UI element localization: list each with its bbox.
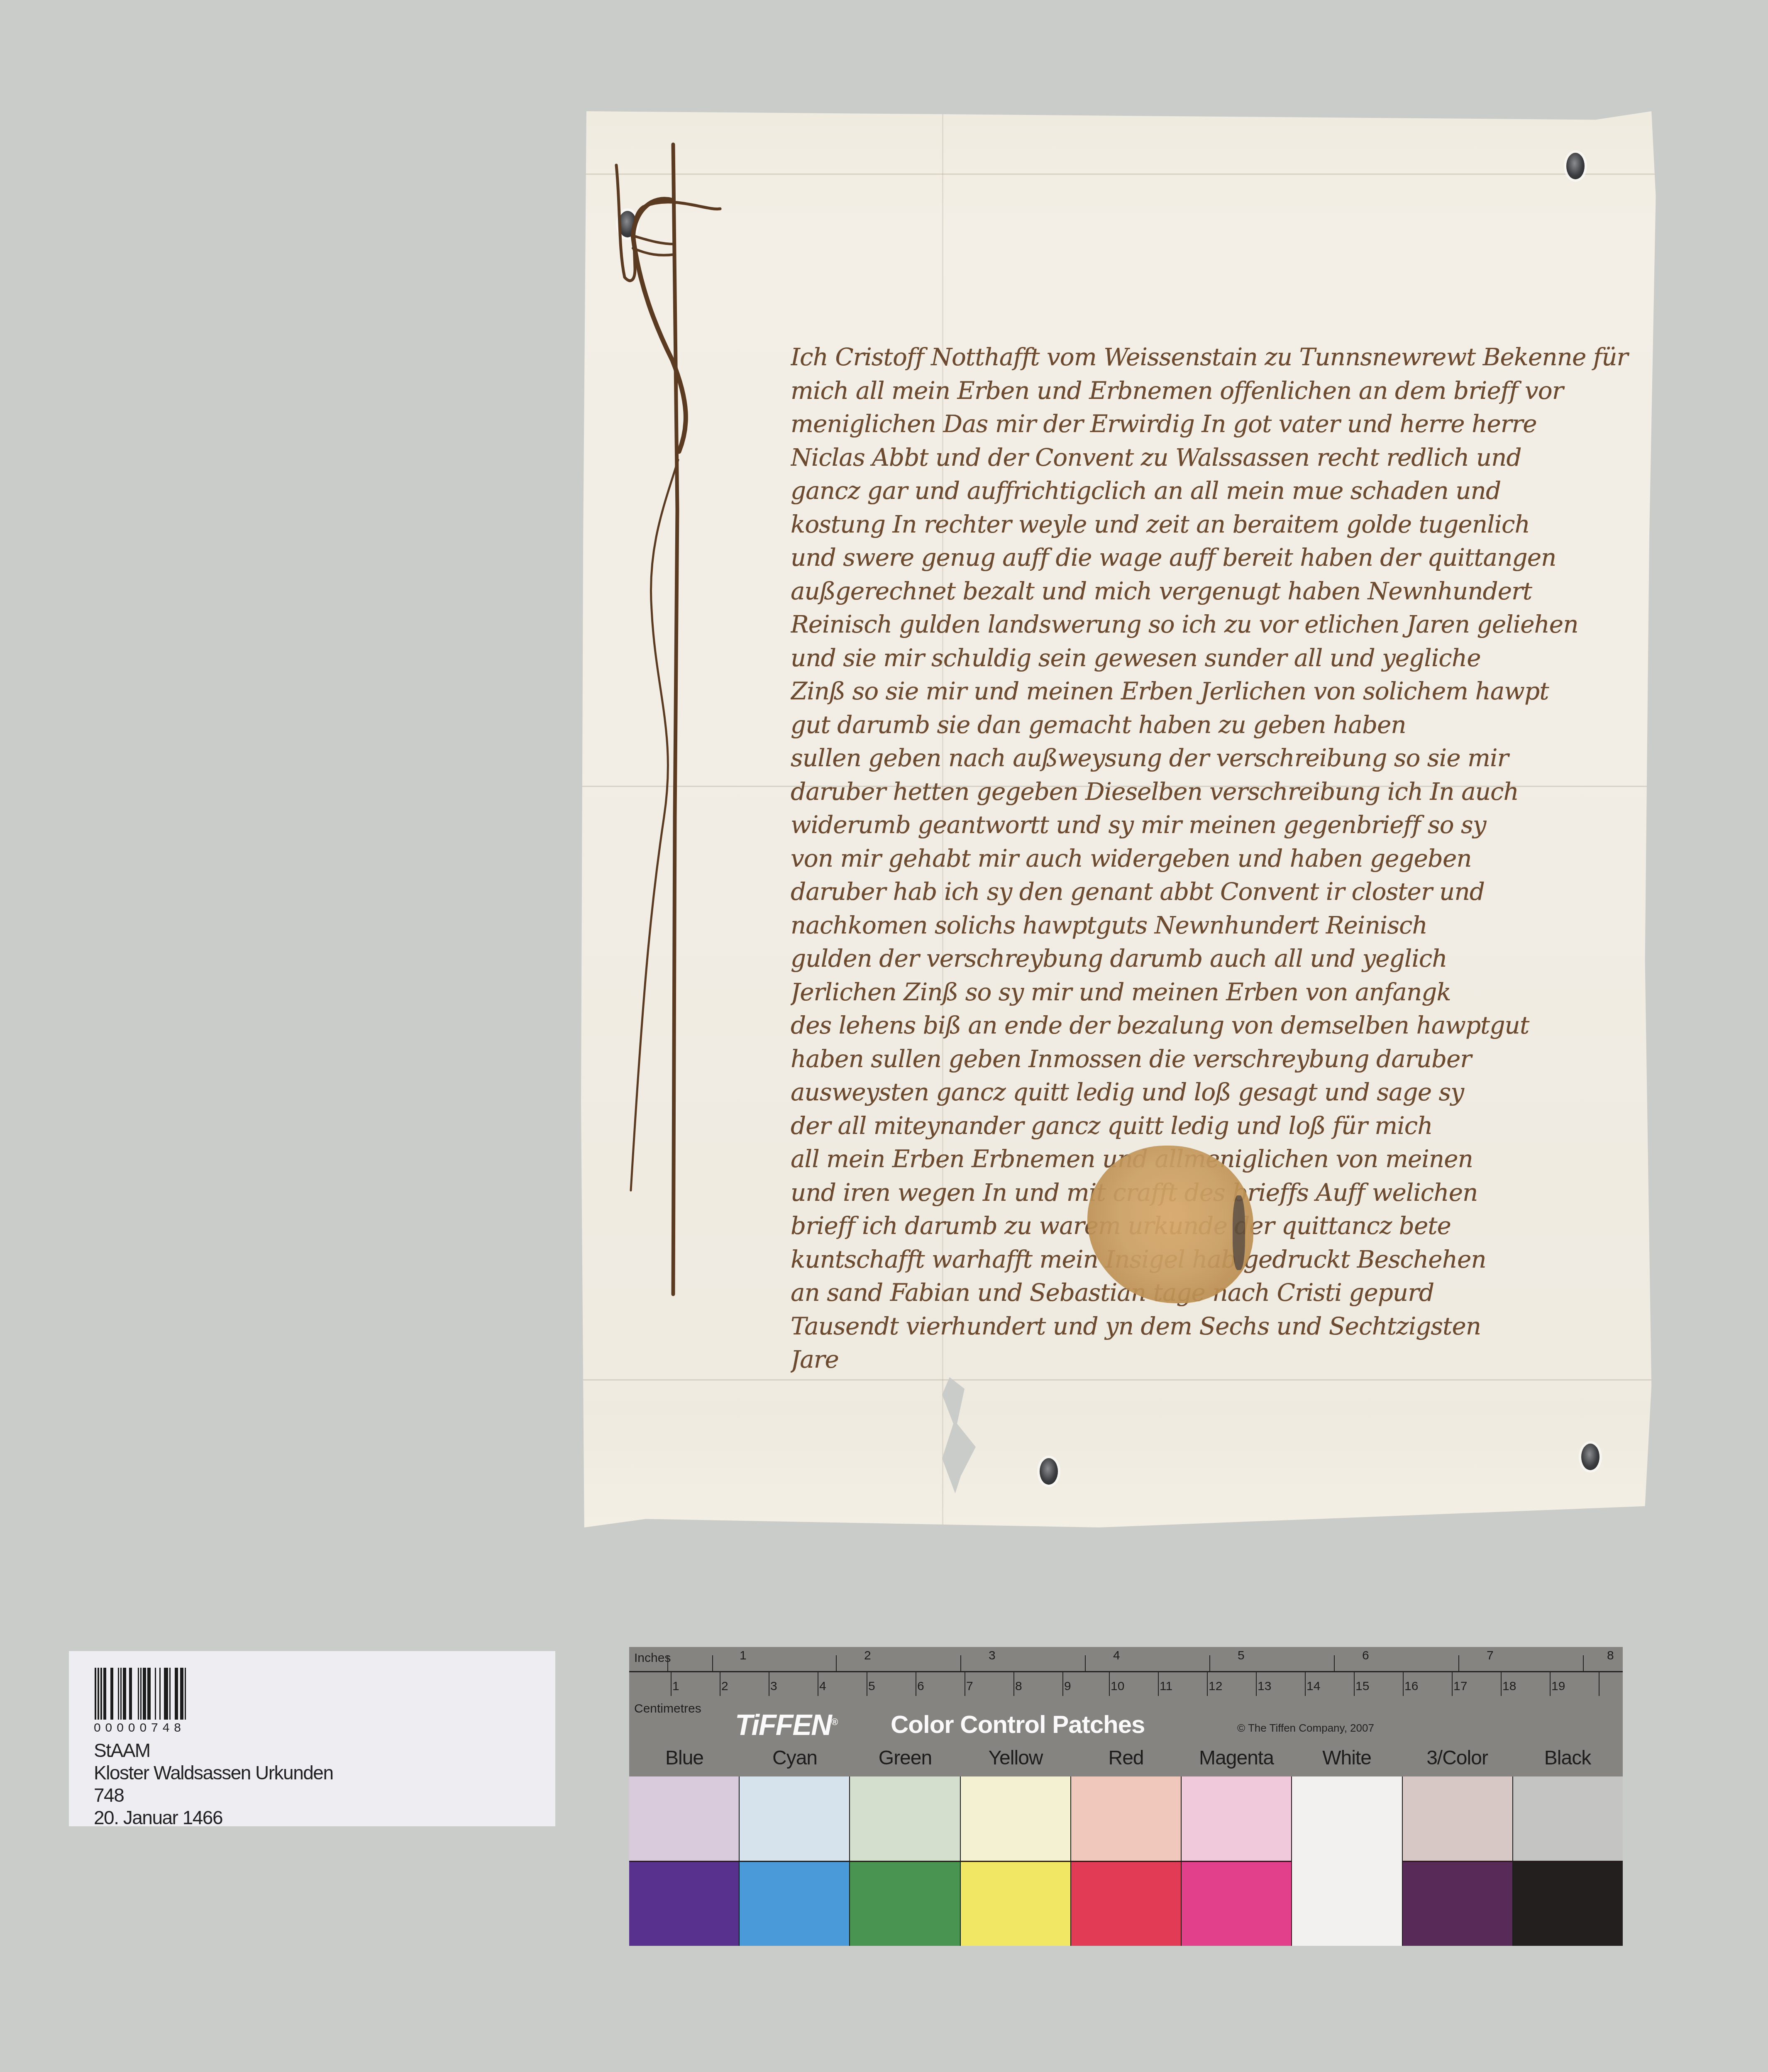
barcode-digit: 0 [94, 1721, 101, 1735]
barcode-digit: 8 [174, 1721, 181, 1735]
inch-tick-label: 7 [1487, 1649, 1494, 1663]
text-line: daruber hab ich sy den genant abbt Conve… [791, 875, 1662, 909]
cm-tick-label: 18 [1502, 1679, 1516, 1693]
patch-magenta [1181, 1776, 1291, 1946]
text-line: sullen geben nach außweysung der verschr… [791, 741, 1662, 775]
barcode-digit: 4 [163, 1721, 170, 1735]
patch-swatch-dark [1182, 1862, 1291, 1946]
text-line: der all miteynander gancz quitt ledig un… [791, 1109, 1662, 1143]
patch-swatch-dark [1403, 1862, 1512, 1946]
seal-damage [1233, 1195, 1245, 1270]
punch-hole [1040, 1458, 1058, 1485]
patch-swatch-dark [850, 1862, 960, 1946]
text-line: daruber hetten gegeben Dieselben verschr… [791, 775, 1662, 809]
inch-ruler: Inches 1 2 3 4 5 6 7 8 [629, 1647, 1623, 1672]
tiffen-logo: TiFFEN® [735, 1708, 837, 1742]
patch-labels: Blue Cyan Green Yellow Red Magenta White… [629, 1747, 1623, 1769]
cm-tick-label: 13 [1258, 1679, 1271, 1693]
paper-tear [942, 1377, 979, 1493]
cm-tick-label: 3 [770, 1679, 777, 1693]
patch-cyan [739, 1776, 849, 1946]
patch-swatch-dark [740, 1862, 849, 1946]
patch-white [1291, 1776, 1402, 1946]
cm-tick-label: 6 [917, 1679, 924, 1693]
patch-swatch-light [961, 1776, 1070, 1862]
cm-tick-label: 11 [1160, 1679, 1172, 1693]
patch-red [1070, 1776, 1181, 1946]
inch-tick-label: 1 [740, 1649, 747, 1663]
inches-label: Inches [634, 1651, 671, 1665]
patch-swatch-light [850, 1776, 960, 1862]
text-line: Ich Cristoff Notthafft vom Weissenstain … [791, 340, 1662, 374]
patch-label-cyan: Cyan [740, 1747, 850, 1769]
text-line: widerumb geantwortt und sy mir meinen ge… [791, 808, 1662, 842]
patch-label-red: Red [1071, 1747, 1181, 1769]
patch-swatch-light [1292, 1776, 1402, 1861]
collection-name: Kloster Waldsassen Urkunden [94, 1762, 333, 1784]
text-line: Jare [791, 1343, 1662, 1376]
barcode-digit: 0 [139, 1721, 147, 1735]
copyright-notice: © The Tiffen Company, 2007 [1237, 1722, 1374, 1735]
patch-black [1512, 1776, 1623, 1946]
barcode-icon [95, 1668, 186, 1720]
patch-swatch-light [740, 1776, 849, 1862]
text-line: Reinisch gulden landswerung so ich zu vo… [791, 608, 1662, 641]
cm-tick-label: 2 [721, 1679, 728, 1693]
patch-3color [1402, 1776, 1512, 1946]
patch-label-black: Black [1512, 1747, 1623, 1769]
cm-tick-label: 12 [1209, 1679, 1222, 1693]
patch-swatch-light [1403, 1776, 1512, 1862]
card-title: Color Control Patches [891, 1710, 1145, 1739]
text-line: außgerechnet bezalt und mich vergenugt h… [791, 574, 1662, 608]
inch-tick-label: 6 [1362, 1649, 1369, 1663]
text-line: gancz gar und auffrichtigclich an all me… [791, 474, 1662, 508]
barcode-digit: 0 [105, 1721, 112, 1735]
text-line: nachkomen solichs hawptguts Newnhundert … [791, 909, 1662, 942]
text-line: Jerlichen Zinß so sy mir und meinen Erbe… [791, 975, 1662, 1009]
color-patches [629, 1776, 1623, 1946]
archive-label: 0 0 0 0 0 7 4 8 StAAM Kloster Waldsassen… [69, 1651, 555, 1826]
cm-tick-label: 9 [1064, 1679, 1071, 1693]
patch-label-green: Green [850, 1747, 960, 1769]
text-line: Tausendt vierhundert und yn dem Sechs un… [791, 1310, 1662, 1343]
brand-name: TiFFEN [735, 1709, 831, 1741]
punch-hole [1566, 153, 1585, 179]
text-line: Zinß so sie mir und meinen Erben Jerlich… [791, 674, 1662, 708]
inch-tick-label: 3 [989, 1649, 996, 1663]
patch-yellow [960, 1776, 1070, 1946]
item-date: 20. Januar 1466 [94, 1806, 333, 1829]
text-line: und swere genug auff die wage auff berei… [791, 541, 1662, 574]
text-line: des lehens biß an ende der bezalung von … [791, 1009, 1662, 1042]
text-line: mich all mein Erben und Erbnemen offenli… [791, 374, 1662, 408]
fold-line [581, 1379, 1660, 1381]
patch-swatch-light [1182, 1776, 1291, 1862]
barcode-digit: 0 [128, 1721, 135, 1735]
patch-swatch-dark [1292, 1861, 1402, 1946]
inch-tick-label: 8 [1607, 1649, 1614, 1663]
patch-blue [629, 1776, 739, 1946]
archive-name: StAAM [94, 1739, 333, 1762]
patch-label-white: White [1292, 1747, 1402, 1769]
text-line: ausweysten gancz quitt ledig und loß ges… [791, 1075, 1662, 1109]
cm-tick-label: 5 [868, 1679, 875, 1693]
text-line: von mir gehabt mir auch widergeben und h… [791, 842, 1662, 875]
color-control-card: Inches 1 2 3 4 5 6 7 8 1 2 3 4 5 6 7 8 9… [629, 1647, 1623, 1946]
cm-tick-label: 7 [966, 1679, 973, 1693]
patch-swatch-light [1513, 1776, 1623, 1862]
cm-tick-label: 8 [1015, 1679, 1022, 1693]
cm-tick-label: 19 [1551, 1679, 1565, 1693]
text-line: haben sullen geben Inmossen die verschre… [791, 1042, 1662, 1076]
patch-swatch-dark [1071, 1862, 1181, 1946]
cm-ruler: 1 2 3 4 5 6 7 8 9 10 11 12 13 14 15 16 1… [629, 1671, 1623, 1700]
patch-label-3color: 3/Color [1402, 1747, 1512, 1769]
cm-tick-label: 17 [1453, 1679, 1467, 1693]
patch-swatch-light [1071, 1776, 1181, 1862]
patch-swatch-dark [1513, 1862, 1623, 1946]
patch-swatch-light [629, 1776, 739, 1862]
patch-swatch-dark [629, 1862, 739, 1946]
centimetres-label: Centimetres [634, 1702, 701, 1716]
patch-label-blue: Blue [629, 1747, 740, 1769]
cm-tick-label: 16 [1404, 1679, 1418, 1693]
text-line: kostung In rechter weyle und zeit an ber… [791, 508, 1662, 541]
barcode-digit: 0 [117, 1721, 124, 1735]
patch-label-yellow: Yellow [960, 1747, 1071, 1769]
barcode-digit: 7 [151, 1721, 158, 1735]
inch-tick-label: 4 [1113, 1649, 1120, 1663]
patch-label-magenta: Magenta [1181, 1747, 1292, 1769]
text-line: Niclas Abbt und der Convent zu Walssasse… [791, 441, 1662, 474]
patch-swatch-dark [961, 1862, 1070, 1946]
punch-hole [1581, 1444, 1600, 1470]
text-line: und sie mir schuldig sein gewesen sunder… [791, 641, 1662, 675]
cm-tick-label: 15 [1355, 1679, 1369, 1693]
item-number: 748 [94, 1784, 333, 1806]
inch-tick-label: 2 [864, 1649, 871, 1663]
text-line: gut darumb sie dan gemacht haben zu gebe… [791, 708, 1662, 742]
cm-tick-label: 14 [1306, 1679, 1320, 1693]
text-line: gulden der verschreybung darumb auch all… [791, 942, 1662, 975]
patch-green [849, 1776, 960, 1946]
barcode-number: 0 0 0 0 0 7 4 8 [94, 1721, 181, 1735]
cm-tick-label: 1 [672, 1679, 679, 1693]
cm-tick-label: 10 [1111, 1679, 1124, 1693]
text-line: meniglichen Das mir der Erwirdig In got … [791, 407, 1662, 441]
inch-tick-label: 5 [1238, 1649, 1245, 1663]
registered-mark: ® [831, 1717, 837, 1727]
label-text: StAAM Kloster Waldsassen Urkunden 748 20… [94, 1739, 333, 1829]
cm-tick-label: 4 [819, 1679, 826, 1693]
